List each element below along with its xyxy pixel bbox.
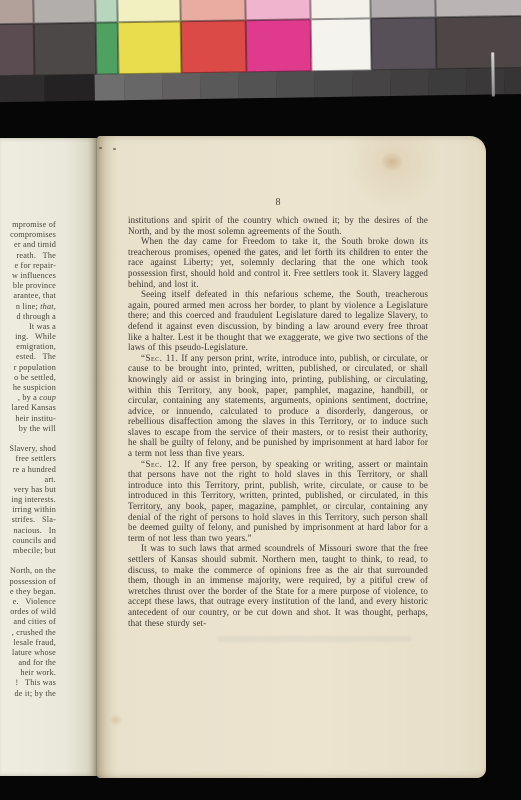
scanned-book-photo: mpromise ofcompromiseser and timidreath.… [0,0,521,800]
color-patch-column [435,0,521,69]
gray-step [0,75,45,102]
paragraph: It was to such laws that armed scoundrel… [128,543,428,628]
ink-speck [113,148,116,150]
section-label: “Sec. 12. [141,459,180,469]
paragraph: When the day came for Freedom to take it… [128,236,428,289]
color-patch-column [95,0,118,75]
gray-step [314,71,352,98]
gray-step [200,72,238,99]
gray-step [238,72,276,99]
gray-step [390,69,428,96]
gray-step [162,73,200,100]
gray-step [276,71,314,98]
gray-step [124,74,162,101]
color-patch [34,23,97,76]
color-patch [180,0,246,21]
color-patch-column [310,0,371,71]
color-patch [0,0,34,24]
color-patch-column [33,0,96,76]
book-page: 8 institutions and spirit of the country… [97,136,486,778]
showthrough-ghost [217,636,412,642]
color-patch-column [370,0,436,70]
paragraph: “Sec. 11. If any person print, write, in… [128,353,428,459]
gray-step [44,75,94,102]
fox-stain [109,714,123,726]
facing-page-edge: mpromise ofcompromiseser and timidreath.… [0,138,97,776]
color-patch-column [117,0,181,74]
color-patch [117,0,181,22]
color-patch-column [180,0,246,73]
color-patch [0,24,34,77]
paragraph: “Sec. 12. If any free person, by speakin… [128,459,428,544]
gray-step [428,69,466,96]
color-patch [246,19,312,72]
fox-stain [380,152,404,172]
color-patch [96,22,119,74]
color-patch [436,16,521,70]
color-calibration-bar [0,0,521,102]
color-patch [245,0,311,20]
color-patch [181,20,247,73]
color-patch-column [245,0,311,72]
paragraph: Seeing itself defeated in this nefarious… [128,289,428,353]
ink-speck [99,147,102,149]
page-body: institutions and spirit of the country w… [128,215,428,628]
color-patch-rows [0,0,521,76]
page-number: 8 [128,197,428,208]
color-patch [95,0,118,23]
color-patch [118,21,182,74]
color-patch [371,17,437,70]
gray-step [352,70,390,97]
color-patch [33,0,96,24]
color-patch-column [0,0,34,76]
color-patch [311,18,372,71]
gray-step [504,67,521,94]
section-label: “Sec. 11. [141,353,178,363]
gray-step [94,74,124,100]
color-patch [435,0,521,17]
paragraph: institutions and spirit of the country w… [128,215,428,236]
gray-step [466,68,504,95]
color-patch [310,0,371,19]
color-patch [370,0,436,18]
